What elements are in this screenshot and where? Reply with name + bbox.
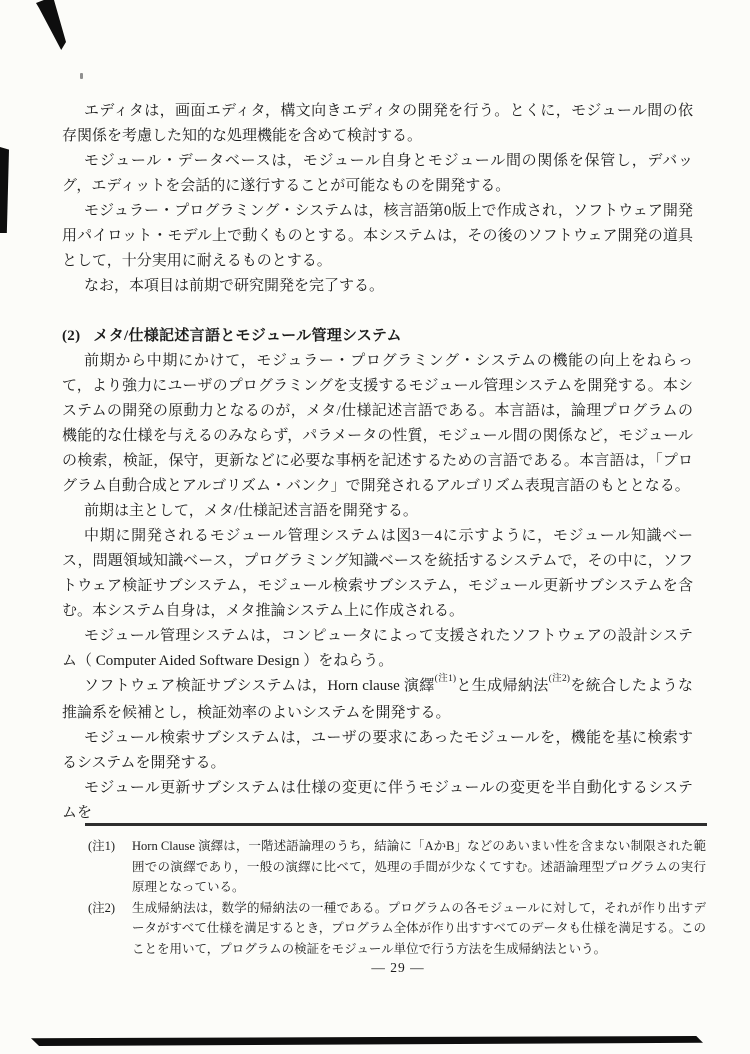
footnote: (注2) 生成帰納法は，数学的帰納法の一種である。プログラムの各モジュールに対し… (88, 898, 706, 960)
section-title: メタ/仕様記述言語とモジュール管理システム (93, 328, 401, 344)
scan-artifact-left-edge (0, 147, 9, 233)
footnote-text: Horn Clause 演繹は，一階述語論理のうち，結論に「AかB」などのあいま… (132, 836, 706, 898)
footnote-label: (注2) (88, 898, 132, 960)
paragraph: 前期から中期にかけて，モジュラー・プログラミング・システムの機能の向上をねらって… (62, 349, 693, 499)
paragraph: なお，本項目は前期で研究開発を完了する。 (62, 274, 693, 299)
footnote-rule (85, 823, 707, 826)
body-text: エディタは，画面エディタ，構文向きエディタの開発を行う。とくに，モジュール間の依… (62, 99, 693, 826)
paragraph: モジュール更新サブシステムは仕様の変更に伴うモジュールの変更を半自動化するシステ… (62, 776, 693, 826)
paragraph-segment: と生成帰納法 (456, 678, 549, 694)
footnote-list: (注1) Horn Clause 演繹は，一階述語論理のうち，結論に「AかB」な… (88, 836, 706, 959)
paragraph: 前期は主として，メタ/仕様記述言語を開発する。 (62, 499, 693, 524)
footnote-text: 生成帰納法は，数学的帰納法の一種である。プログラムの各モジュールに対して，それが… (132, 898, 706, 960)
footnote-section: (注1) Horn Clause 演繹は，一階述語論理のうち，結論に「AかB」な… (62, 823, 710, 959)
paragraph: モジュール検索サブシステムは，ユーザの要求にあったモジュールを，機能を基に検索す… (62, 726, 693, 776)
paragraph: モジュラー・プログラミング・システムは，核言語第0版上で作成され，ソフトウェア開… (62, 199, 693, 274)
paragraph: エディタは，画面エディタ，構文向きエディタの開発を行う。とくに，モジュール間の依… (62, 99, 693, 149)
document-page: エディタは，画面エディタ，構文向きエディタの開発を行う。とくに，モジュール間の依… (0, 0, 750, 1054)
footnote-ref-2: (注2) (549, 674, 570, 684)
page-number: — 29 — (23, 960, 750, 976)
paragraph-with-footnote-refs: ソフトウェア検証サブシステムは，Horn clause 演繹(注1)と生成帰納法… (62, 674, 693, 726)
footnote-label: (注1) (88, 836, 132, 898)
scan-speck (80, 73, 83, 79)
footnote-ref-1: (注1) (435, 674, 456, 684)
paragraph: 中期に開発されるモジュール管理システムは図3－4に示すように，モジュール知識ベー… (62, 524, 693, 624)
paragraph: モジュール・データベースは，モジュール自身とモジュール間の関係を保管し，デバッグ… (62, 149, 693, 199)
section-heading: (2)メタ/仕様記述言語とモジュール管理システム (62, 324, 693, 349)
scan-artifact-bottom (31, 1036, 703, 1046)
section-number: (2) (62, 328, 80, 344)
scan-artifact-top-left (36, 0, 66, 50)
paragraph-segment: ソフトウェア検証サブシステムは，Horn clause 演繹 (84, 678, 435, 694)
footnote: (注1) Horn Clause 演繹は，一階述語論理のうち，結論に「AかB」な… (88, 836, 706, 898)
paragraph: モジュール管理システムは，コンピュータによって支援されたソフトウェアの設計システ… (62, 624, 693, 674)
